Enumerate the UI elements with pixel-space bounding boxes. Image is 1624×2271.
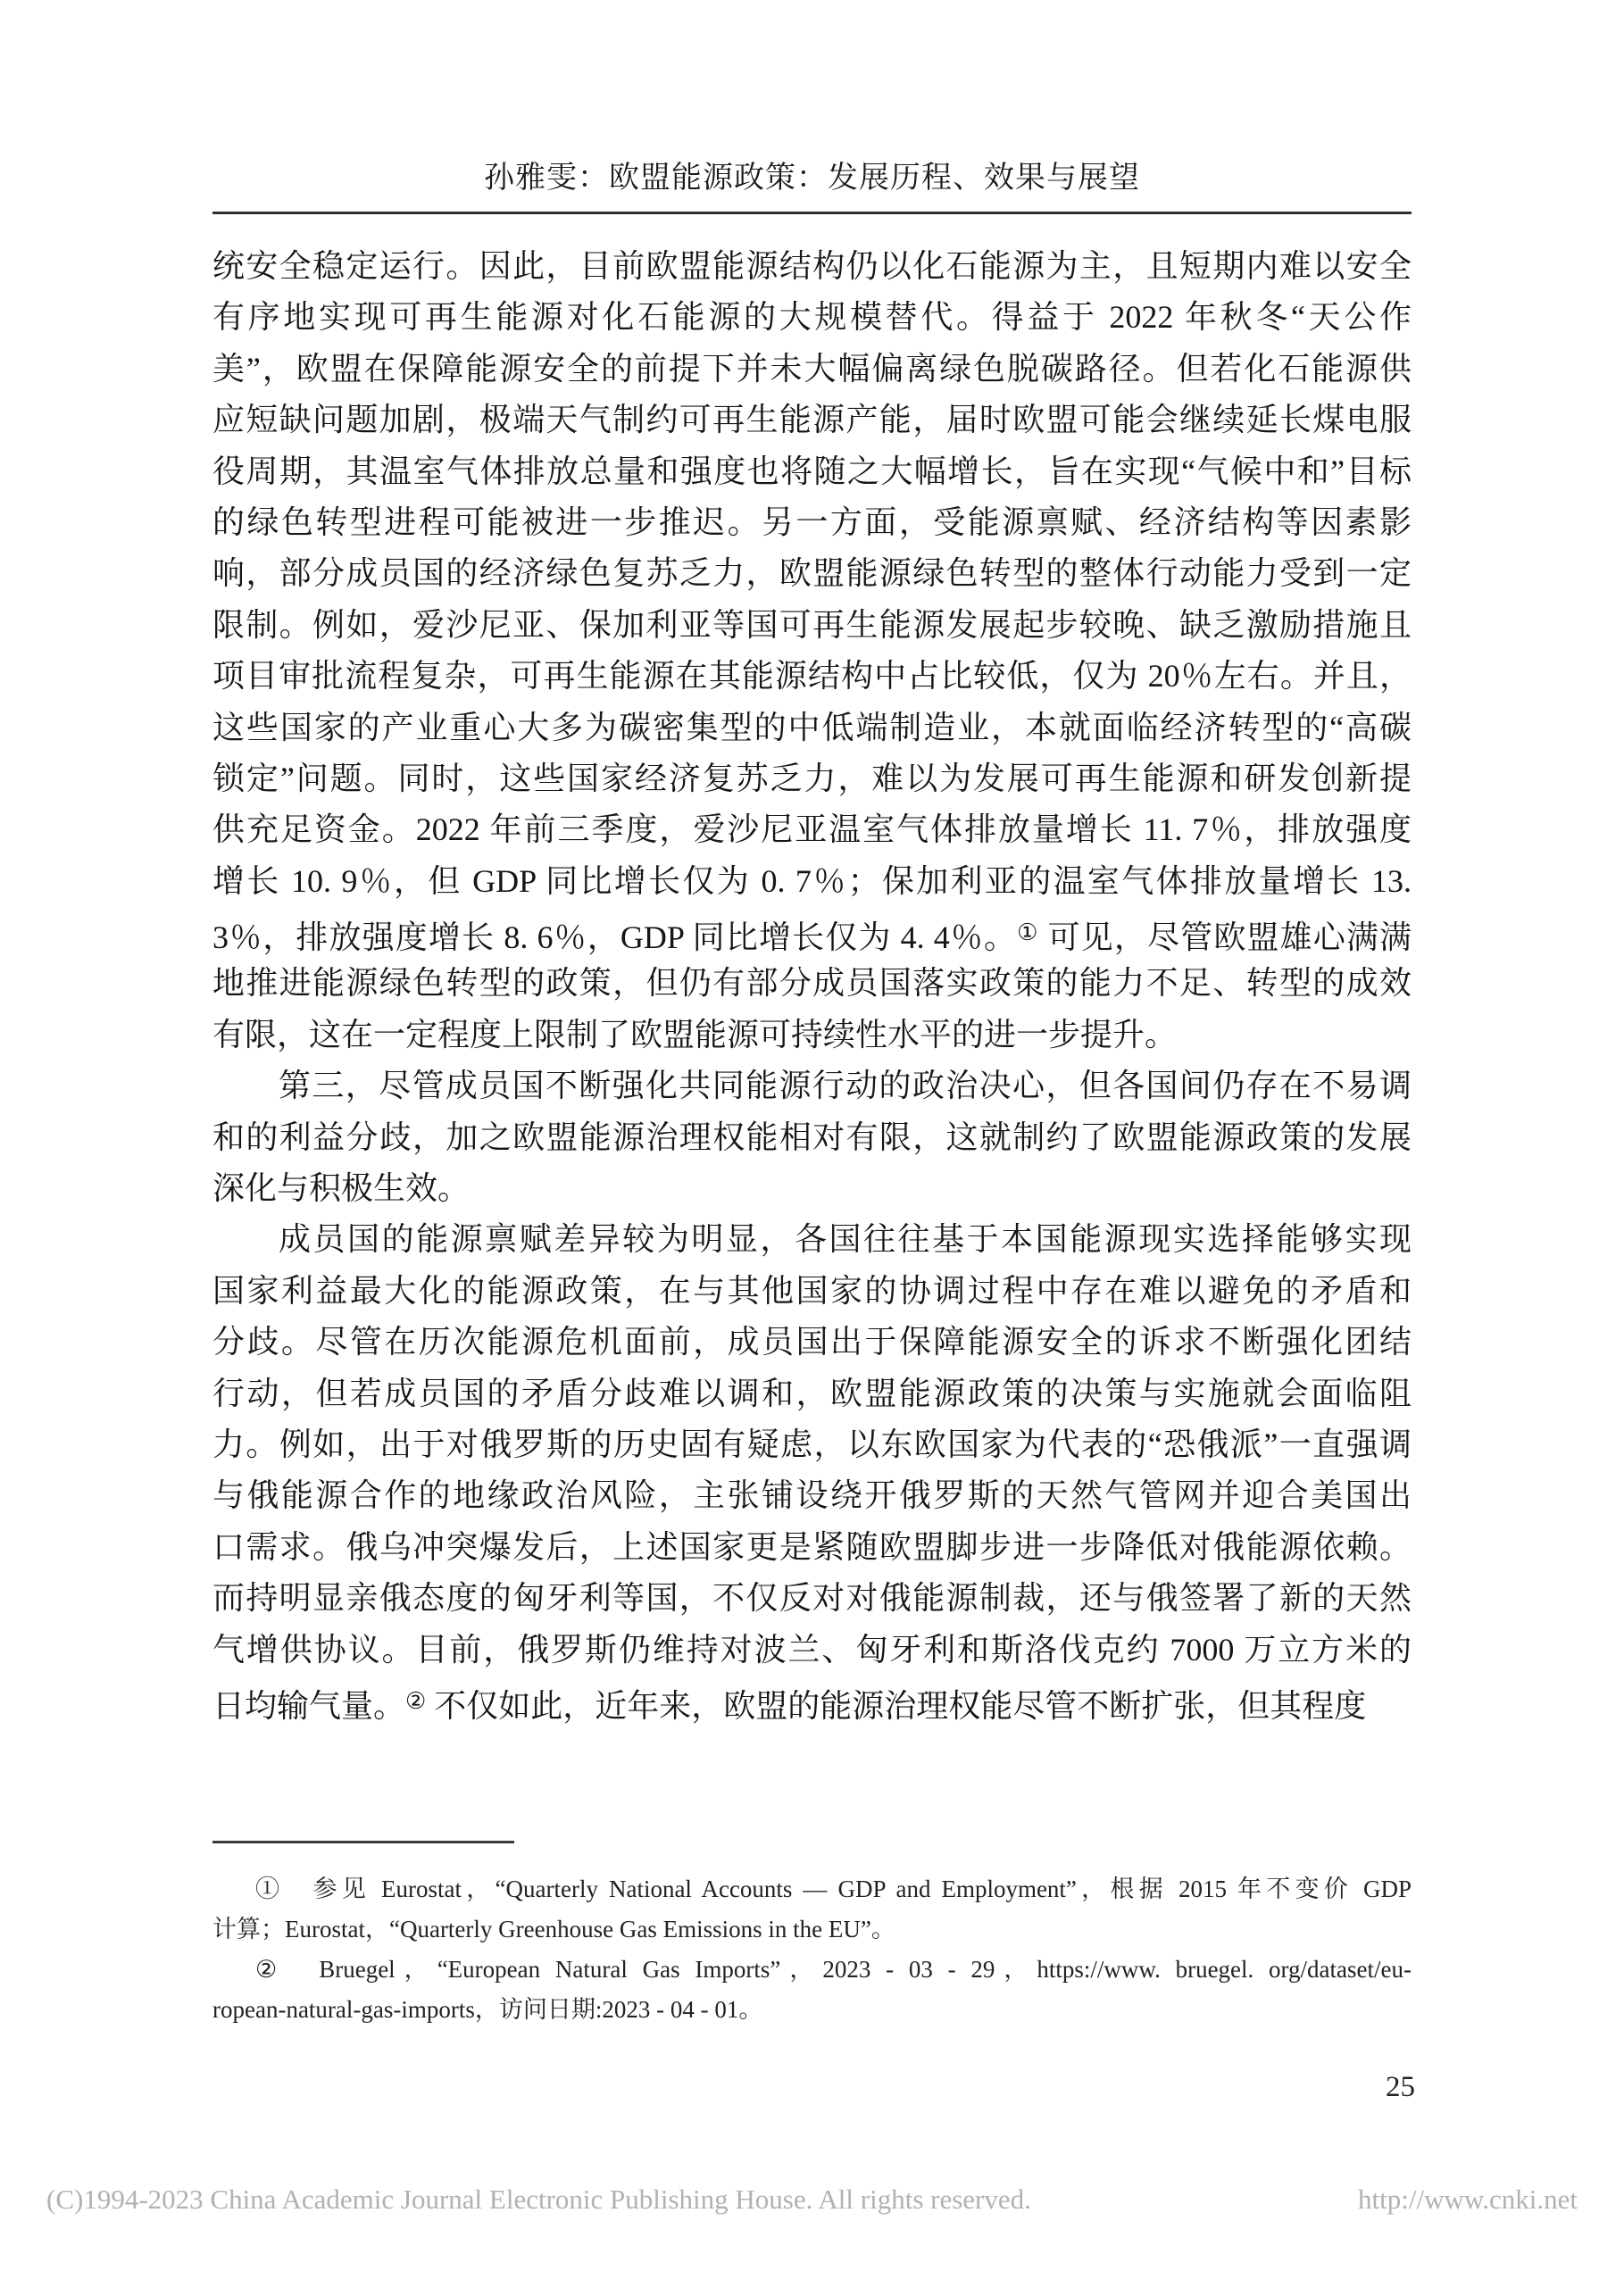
body-line: 增长 10. 9％，但 GDP 同比增长仅为 0. 7％；保加利亚的温室气体排放…: [212, 856, 1412, 907]
page-number: 25: [1386, 2071, 1415, 2104]
body-line: 有限，这在一定程度上限制了欧盟能源可持续性水平的进一步提升。: [212, 1010, 1412, 1061]
body-line: 深化与积极生效。: [212, 1163, 1412, 1214]
body-line: 限制。例如，爱沙尼亚、保加利亚等国可再生能源发展起步较晚、缺乏激励措施且: [212, 600, 1412, 651]
footnote-line: ② Bruegel，“European Natural Gas Imports”…: [212, 1950, 1412, 1990]
body-line: 美”，欧盟在保障能源安全的前提下并未大幅偏离绿色脱碳路径。但若化石能源供: [212, 344, 1412, 395]
body-line: 统安全稳定运行。因此，目前欧盟能源结构仍以化石能源为主，且短期内难以安全: [212, 241, 1412, 292]
body-line: 有序地实现可再生能源对化石能源的大规模替代。得益于 2022 年秋冬“天公作: [212, 292, 1412, 343]
footnote-ref: ②: [405, 1688, 426, 1714]
body-line: 锁定”问题。同时，这些国家经济复苏乏力，难以为发展可再生能源和研发创新提: [212, 753, 1412, 804]
body-line: 项目审批流程复杂，可再生能源在其能源结构中占比较低，仅为 20％左右。并且，: [212, 651, 1412, 702]
body-line: 分歧。尽管在历次能源危机面前，成员国出于保障能源安全的诉求不断强化团结: [212, 1317, 1412, 1368]
body-line: 地推进能源绿色转型的政策，但仍有部分成员国落实政策的能力不足、转型的成效: [212, 958, 1412, 1009]
body-line: 的绿色转型进程可能被进一步推迟。另一方面，受能源禀赋、经济结构等因素影: [212, 497, 1412, 548]
footnote-line: ① 参见 Eurostat，“Quarterly National Accoun…: [212, 1869, 1412, 1909]
body-line: 力。例如，出于对俄罗斯的历史固有疑虑，以东欧国家为代表的“恐俄派”一直强调: [212, 1419, 1412, 1470]
body-line: 响，部分成员国的经济绿色复苏乏力，欧盟能源绿色转型的整体行动能力受到一定: [212, 548, 1412, 599]
footer: (C)1994-2023 China Academic Journal Elec…: [46, 2184, 1578, 2216]
body-text: 统安全稳定运行。因此，目前欧盟能源结构仍以化石能源为主，且短期内难以安全有序地实…: [212, 241, 1412, 1726]
body-line: 与俄能源合作的地缘政治风险，主张铺设绕开俄罗斯的天然气管网并迎合美国出: [212, 1470, 1412, 1521]
body-line: 国家利益最大化的能源政策，在与其他国家的协调过程中存在难以避免的矛盾和: [212, 1266, 1412, 1317]
footnotes-separator: [212, 1841, 514, 1843]
body-line: 应短缺问题加剧，极端天气制约可再生能源产能，届时欧盟可能会继续延长煤电服: [212, 395, 1412, 445]
header-rule: [212, 212, 1412, 214]
body-line: 口需求。俄乌冲突爆发后，上述国家更是紧随欧盟脚步进一步降低对俄能源依赖。: [212, 1522, 1412, 1573]
footer-copyright: (C)1994-2023 China Academic Journal Elec…: [46, 2184, 1031, 2216]
body-line: 役周期，其温室气体排放总量和强度也将随之大幅增长，旨在实现“气候中和”目标: [212, 446, 1412, 497]
body-line: 供充足资金。2022 年前三季度，爱沙尼亚温室气体排放量增长 11. 7％，排放…: [212, 804, 1412, 855]
footnotes-list: ① 参见 Eurostat，“Quarterly National Accoun…: [212, 1869, 1412, 2030]
footnote-line: 计算；Eurostat，“Quarterly Greenhouse Gas Em…: [212, 1909, 1412, 1950]
body-line: 3％，排放强度增长 8. 6％，GDP 同比增长仅为 4. 4％。① 可见，尽管…: [212, 907, 1412, 958]
body-line: 行动，但若成员国的矛盾分歧难以调和，欧盟能源政策的决策与实施就会面临阻: [212, 1368, 1412, 1419]
document-page: 孙雅雯：欧盟能源政策：发展历程、效果与展望 统安全稳定运行。因此，目前欧盟能源结…: [0, 0, 1624, 2271]
footnote-ref: ①: [1017, 919, 1038, 945]
footer-url: http://www.cnki.net: [1358, 2184, 1578, 2216]
body-line: 而持明显亲俄态度的匈牙利等国，不仅反对对俄能源制裁，还与俄签署了新的天然: [212, 1573, 1412, 1624]
page-header-title: 孙雅雯：欧盟能源政策：发展历程、效果与展望: [0, 159, 1624, 198]
body-line: 日均输气量。② 不仅如此，近年来，欧盟的能源治理权能尽管不断扩张，但其程度: [212, 1676, 1412, 1726]
body-line: 这些国家的产业重心大多为碳密集型的中低端制造业，本就面临经济转型的“高碳: [212, 703, 1412, 753]
footnote-line: ropean-natural-gas-imports，访问日期:2023 - 0…: [212, 1990, 1412, 2030]
body-line: 气增供协议。目前，俄罗斯仍维持对波兰、匈牙利和斯洛伐克约 7000 万立方米的: [212, 1625, 1412, 1676]
body-line: 第三，尽管成员国不断强化共同能源行动的政治决心，但各国间仍存在不易调: [212, 1061, 1412, 1111]
body-line: 成员国的能源禀赋差异较为明显，各国往往基于本国能源现实选择能够实现: [212, 1214, 1412, 1265]
body-line: 和的利益分歧，加之欧盟能源治理权能相对有限，这就制约了欧盟能源政策的发展: [212, 1112, 1412, 1163]
